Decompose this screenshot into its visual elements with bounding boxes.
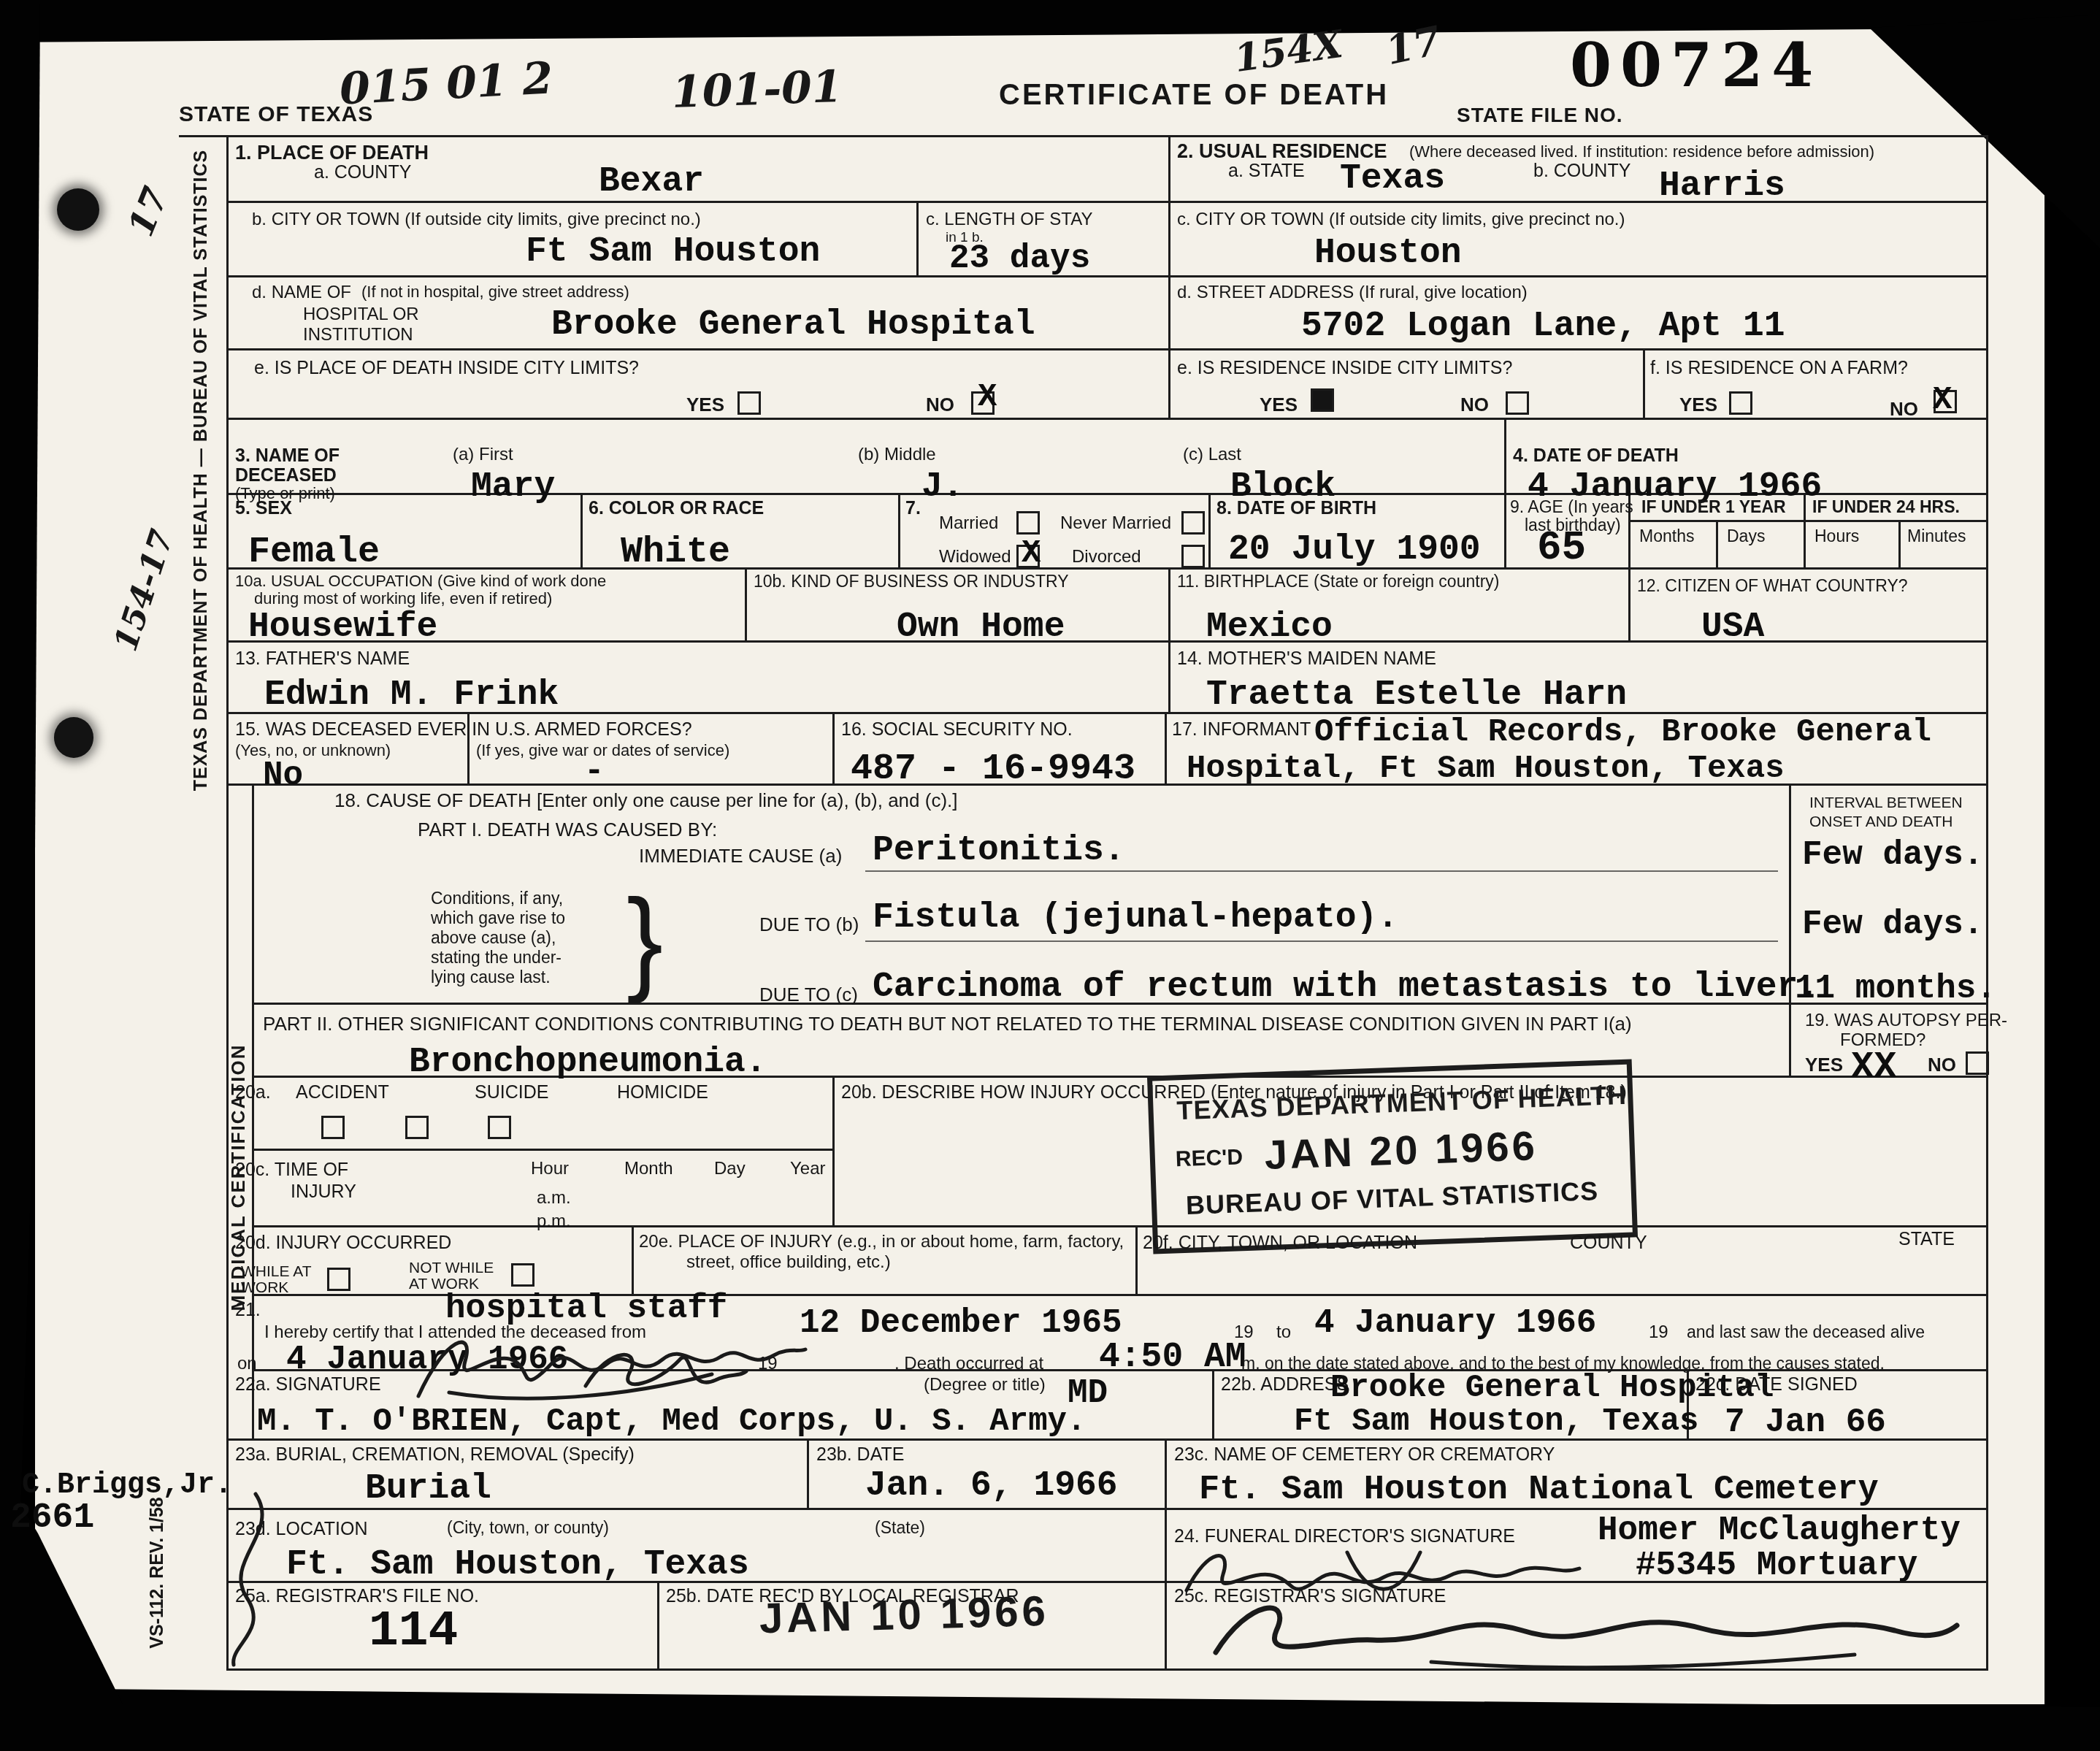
field-18-due-c-label: DUE TO (c) bbox=[759, 984, 858, 1005]
divider bbox=[916, 201, 919, 275]
field-18-part1: PART I. DEATH WAS CAUSED BY: bbox=[418, 819, 717, 840]
field-5-value: Female bbox=[248, 532, 380, 573]
received-stamp-line1: TEXAS DEPARTMENT OF HEALTH bbox=[1176, 1081, 1628, 1126]
field-3-label2: DECEASED bbox=[235, 465, 337, 486]
field-20d-label: 20d. INJURY OCCURRED bbox=[235, 1233, 451, 1253]
divider bbox=[1504, 493, 1506, 567]
field-1d-value: Brooke General Hospital bbox=[551, 305, 1035, 345]
header-hand-numbers-2: 101-01 bbox=[671, 61, 843, 118]
cause-b-line bbox=[865, 940, 1778, 942]
field-21-label: 21. bbox=[235, 1300, 261, 1320]
field-22c-value: 7 Jan 66 bbox=[1725, 1403, 1886, 1441]
state-file-number: 00724 bbox=[1570, 31, 1822, 101]
field-20c-pm: p.m. bbox=[537, 1212, 571, 1232]
field-21-death-at: . Death occurred at bbox=[894, 1355, 1043, 1374]
field-20c-label1: 20c. TIME OF bbox=[235, 1160, 348, 1180]
divider bbox=[1165, 712, 1167, 783]
field-7-widowed-label: Widowed bbox=[939, 548, 1011, 567]
field-10a-value: Housewife bbox=[248, 608, 437, 647]
field-2e-no-checkbox bbox=[1506, 391, 1529, 415]
field-15-sub1: (Yes, no, or unknown) bbox=[235, 742, 391, 760]
received-stamp: TEXAS DEPARTMENT OF HEALTH REC'D JAN 20 … bbox=[1147, 1059, 1638, 1254]
field-14-value: Traetta Estelle Harn bbox=[1206, 675, 1627, 715]
field-23a-value: Burial bbox=[365, 1469, 491, 1509]
field-23b-value: Jan. 6, 1966 bbox=[865, 1466, 1118, 1506]
margin-department-text: TEXAS DEPARTMENT OF HEALTH — BUREAU OF V… bbox=[191, 131, 211, 810]
field-19-label1: 19. WAS AUTOPSY PER- bbox=[1805, 1011, 2007, 1031]
margin-2661-text: 2661 bbox=[10, 1498, 94, 1538]
field-20c-year: Year bbox=[790, 1160, 826, 1179]
field-2c-value: Houston bbox=[1314, 234, 1462, 273]
field-20a-accident-checkbox bbox=[321, 1116, 345, 1139]
field-2f-yes-checkbox bbox=[1729, 391, 1752, 415]
divider bbox=[1212, 1369, 1214, 1438]
divider bbox=[1789, 783, 1791, 1076]
x-mark: X bbox=[978, 379, 997, 415]
field-1e-no-label: NO bbox=[926, 394, 954, 415]
field-19-yes-mark: XX bbox=[1851, 1046, 1896, 1089]
conditions-brace: } bbox=[626, 875, 663, 1003]
field-1b-value: Ft Sam Houston bbox=[526, 232, 820, 272]
field-7-divorced-checkbox bbox=[1181, 545, 1205, 568]
field-1e-label: e. IS PLACE OF DEATH INSIDE CITY LIMITS? bbox=[254, 358, 639, 378]
divider bbox=[1504, 418, 1506, 493]
field-20a-suicide-checkbox bbox=[405, 1116, 429, 1139]
field-9-value: 65 bbox=[1537, 524, 1586, 571]
field-19-no-label: NO bbox=[1928, 1054, 1956, 1076]
certificate-title: CERTIFICATE OF DEATH bbox=[999, 79, 1389, 112]
field-12-value: USA bbox=[1701, 608, 1764, 647]
divider bbox=[807, 1438, 809, 1508]
field-20d-while2: WORK bbox=[241, 1279, 288, 1297]
field-20d-not-checkbox bbox=[511, 1263, 534, 1287]
field-2f-label: f. IS RESIDENCE ON A FARM? bbox=[1650, 358, 1908, 378]
divider bbox=[1168, 135, 1170, 418]
field-2f-yes-label: YES bbox=[1679, 394, 1717, 415]
divider bbox=[832, 1076, 835, 1225]
field-23c-value: Ft. Sam Houston National Cemetery bbox=[1199, 1471, 1879, 1509]
field-2e-no-label: NO bbox=[1460, 394, 1489, 415]
interval-header1: INTERVAL BETWEEN bbox=[1809, 794, 1963, 812]
field-18-part2-label: PART II. OTHER SIGNIFICANT CONDITIONS CO… bbox=[263, 1014, 1632, 1035]
field-20a-label: 20a. bbox=[235, 1082, 271, 1103]
field-1b-label: b. CITY OR TOWN (If outside city limits,… bbox=[252, 210, 701, 230]
divider bbox=[898, 493, 900, 567]
field-20c-month: Month bbox=[624, 1160, 673, 1179]
interval-b-value: Few days. bbox=[1802, 905, 1983, 943]
section2-title-sub: (Where deceased lived. If institution: r… bbox=[1409, 143, 1874, 161]
field-20d-not1: NOT WHILE bbox=[409, 1260, 494, 1277]
field-13-label: 13. FATHER'S NAME bbox=[235, 648, 410, 669]
field-8-label: 8. DATE OF BIRTH bbox=[1216, 498, 1376, 518]
field-23d-sub2: (State) bbox=[875, 1519, 925, 1538]
punch-hole bbox=[54, 717, 93, 758]
field-10a-label1: 10a. USUAL OCCUPATION (Give kind of work… bbox=[235, 572, 606, 591]
field-18-immediate-label: IMMEDIATE CAUSE (a) bbox=[639, 846, 842, 867]
divider bbox=[226, 418, 1986, 420]
field-9-under24-label: IF UNDER 24 HRS. bbox=[1812, 498, 1960, 517]
state-file-label: STATE FILE NO. bbox=[1457, 104, 1623, 126]
field-10a-label2: during most of working life, even if ret… bbox=[254, 590, 552, 608]
field-23b-label: 23b. DATE bbox=[816, 1444, 904, 1465]
field-7-never-checkbox bbox=[1181, 511, 1205, 535]
field-22a-typed: M. T. O'BRIEN, Capt, Med Corps, U. S. Ar… bbox=[257, 1403, 1086, 1440]
field-10b-value: Own Home bbox=[897, 608, 1065, 647]
field-1a-value: Bexar bbox=[599, 162, 704, 202]
field-18-cond5: lying cause last. bbox=[431, 968, 551, 987]
field-18-cond4: stating the under- bbox=[431, 949, 562, 968]
field-18-due-b-label: DUE TO (b) bbox=[759, 914, 859, 935]
field-14-label: 14. MOTHER'S MAIDEN NAME bbox=[1177, 648, 1436, 669]
field-16-label: 16. SOCIAL SECURITY NO. bbox=[841, 719, 1073, 740]
field-3-last-label: (c) Last bbox=[1183, 445, 1241, 465]
field-9-under1-label: IF UNDER 1 YEAR bbox=[1641, 498, 1786, 517]
form-border-right bbox=[1986, 135, 1988, 1668]
field-16-value: 487 - 16-9943 bbox=[851, 748, 1135, 790]
field-23a-label: 23a. BURIAL, CREMATION, REMOVAL (Specify… bbox=[235, 1444, 635, 1465]
medical-strip-line bbox=[252, 783, 254, 1438]
field-22a-deg-label: (Degree or title) bbox=[924, 1376, 1046, 1395]
field-2d-label: d. STREET ADDRESS (If rural, give locati… bbox=[1177, 283, 1528, 303]
field-18-cond3: above cause (a), bbox=[431, 929, 556, 948]
field-7-never-label: Never Married bbox=[1060, 514, 1171, 534]
field-20c-day: Day bbox=[714, 1160, 746, 1179]
divider bbox=[252, 1225, 1986, 1227]
field-2e-yes-label: YES bbox=[1260, 394, 1298, 415]
local-registrar-date-stamp: JAN 10 1966 bbox=[759, 1588, 1049, 1643]
field-8-value: 20 July 1900 bbox=[1228, 530, 1481, 570]
margin-briggs-text: C.Briggs,Jr. bbox=[22, 1469, 232, 1502]
divider bbox=[1168, 567, 1170, 712]
field-6-value: White bbox=[621, 532, 730, 573]
field-20e-label1: 20e. PLACE OF INJURY (e.g., in or about … bbox=[639, 1233, 1124, 1252]
field-20c-label2: INJURY bbox=[291, 1181, 356, 1202]
field-2e-label: e. IS RESIDENCE INSIDE CITY LIMITS? bbox=[1177, 358, 1512, 378]
form-border-top bbox=[179, 135, 1986, 137]
field-22a-label: 22a. SIGNATURE bbox=[235, 1374, 381, 1395]
field-3-first-label: (a) First bbox=[453, 445, 513, 465]
field-17-label: 17. INFORMANT bbox=[1172, 719, 1311, 740]
divider bbox=[252, 1149, 832, 1151]
divider bbox=[226, 275, 1986, 277]
field-24-typed1: Homer McClaugherty bbox=[1598, 1511, 1961, 1549]
divider bbox=[1165, 1438, 1167, 1668]
field-9-days-label: Days bbox=[1727, 527, 1765, 546]
field-20e-label2: street, office building, etc.) bbox=[686, 1253, 891, 1273]
divider bbox=[657, 1581, 659, 1668]
field-1a-label: a. COUNTY bbox=[314, 162, 411, 183]
field-20d-while1: WHILE AT bbox=[241, 1263, 311, 1281]
margin-pen-squiggle bbox=[212, 1488, 277, 1671]
field-18-cond2: which gave rise to bbox=[431, 909, 565, 928]
field-18-due-b-value: Fistula (jejunal-hepato). bbox=[873, 898, 1398, 938]
divider bbox=[580, 493, 583, 567]
field-2d-value: 5702 Logan Lane, Apt 11 bbox=[1301, 307, 1785, 346]
divider bbox=[1643, 348, 1645, 418]
field-18-immediate-value: Peritonitis. bbox=[873, 831, 1125, 870]
field-3-middle-label: (b) Middle bbox=[858, 445, 936, 465]
divider bbox=[632, 1225, 634, 1294]
interval-a-value: Few days. bbox=[1802, 836, 1983, 874]
received-stamp-line3: BUREAU OF VITAL STATISTICS bbox=[1185, 1176, 1598, 1220]
field-7-married-label: Married bbox=[939, 514, 998, 534]
field-2c-label: c. CITY OR TOWN (If outside city limits,… bbox=[1177, 210, 1625, 230]
field-3-label1: 3. NAME OF bbox=[235, 445, 340, 466]
field-25a-value: 114 bbox=[369, 1604, 458, 1660]
divider bbox=[1716, 520, 1718, 567]
field-20c-am: a.m. bbox=[537, 1189, 571, 1208]
field-1d-label2: HOSPITAL OR bbox=[303, 305, 419, 325]
punch-hole bbox=[57, 188, 99, 231]
field-20d-while-checkbox bbox=[327, 1268, 350, 1291]
field-7-married-checkbox bbox=[1016, 511, 1040, 535]
field-3-middle-value: J. bbox=[921, 467, 964, 507]
field-1d-label1: d. NAME OF bbox=[252, 283, 351, 303]
divider bbox=[832, 712, 835, 783]
field-20f-county: COUNTY bbox=[1570, 1233, 1647, 1253]
field-17-value2: Hospital, Ft Sam Houston, Texas bbox=[1187, 751, 1785, 787]
field-21-time: 4:50 AM bbox=[1099, 1338, 1246, 1377]
field-19-no-checkbox bbox=[1966, 1051, 1989, 1075]
received-stamp-date: JAN 20 1966 bbox=[1264, 1123, 1538, 1179]
field-24-typed2: #5345 Mortuary bbox=[1636, 1547, 1917, 1585]
interval-header2: ONSET AND DEATH bbox=[1809, 813, 1953, 831]
field-11-label: 11. BIRTHPLACE (State or foreign country… bbox=[1177, 572, 1499, 591]
field-10b-label: 10b. KIND OF BUSINESS OR INDUSTRY bbox=[754, 572, 1069, 591]
field-20c-hour: Hour bbox=[531, 1160, 569, 1179]
margin-form-code-text: VS-112. REV. 1/58 bbox=[147, 1474, 167, 1671]
divider bbox=[1135, 1225, 1138, 1294]
x-mark: X bbox=[1022, 535, 1041, 572]
divider bbox=[745, 567, 747, 640]
field-20a-homicide: HOMICIDE bbox=[617, 1082, 708, 1103]
field-18-due-c-value: Carcinoma of rectum with metastasis to l… bbox=[873, 968, 1819, 1007]
field-2f-no-checkbox: X bbox=[1934, 390, 1957, 413]
field-23d-sub1: (City, town, or county) bbox=[447, 1519, 609, 1538]
field-22b-label: 22b. ADDRESS bbox=[1221, 1374, 1349, 1395]
field-21-19b: 19 bbox=[1649, 1323, 1668, 1343]
field-1c-label: c. LENGTH OF STAY bbox=[926, 210, 1092, 230]
field-7-divorced-label: Divorced bbox=[1072, 548, 1141, 567]
registrar-signature bbox=[1197, 1590, 1971, 1671]
field-17-value1: Official Records, Brooke General bbox=[1314, 714, 1931, 751]
field-21-date-to: 4 January 1966 bbox=[1314, 1304, 1596, 1342]
divider bbox=[226, 348, 1986, 350]
field-2e-yes-checkbox bbox=[1311, 388, 1334, 412]
field-20a-accident: ACCIDENT bbox=[296, 1082, 389, 1103]
field-23d-value: Ft. Sam Houston, Texas bbox=[286, 1545, 749, 1585]
field-5-label: 5. SEX bbox=[235, 498, 292, 518]
field-21-on: on bbox=[237, 1355, 257, 1374]
field-1e-yes-label: YES bbox=[686, 394, 724, 415]
field-1e-no-checkbox: X bbox=[971, 391, 995, 415]
field-23c-label: 23c. NAME OF CEMETERY OR CREMATORY bbox=[1174, 1444, 1555, 1465]
field-21-to: to bbox=[1276, 1323, 1291, 1343]
field-9-minutes-label: Minutes bbox=[1907, 527, 1966, 546]
cause-a-line bbox=[865, 870, 1778, 872]
received-stamp-recd: REC'D bbox=[1175, 1145, 1243, 1172]
x-mark: X bbox=[1933, 382, 1952, 418]
field-1d-label3: INSTITUTION bbox=[303, 326, 413, 345]
field-21-tail1: and last saw the deceased alive bbox=[1687, 1323, 1925, 1342]
field-15-label: 15. WAS DECEASED EVER IN U.S. ARMED FORC… bbox=[235, 719, 692, 740]
field-6-label: 6. COLOR OR RACE bbox=[589, 498, 764, 518]
field-20f-label: 20f. CITY, TOWN, OR LOCATION bbox=[1143, 1233, 1417, 1253]
field-1d-sub: (If not in hospital, give street address… bbox=[361, 283, 629, 302]
field-7-label: 7. bbox=[905, 498, 921, 518]
field-20f-state: STATE bbox=[1898, 1229, 1955, 1249]
field-18-cond1: Conditions, if any, bbox=[431, 889, 563, 908]
divider bbox=[1208, 493, 1211, 567]
field-9-months-label: Months bbox=[1639, 527, 1694, 546]
field-19-yes-label: YES bbox=[1805, 1054, 1843, 1076]
field-15-value1: No bbox=[263, 756, 303, 794]
field-3-first-value: Mary bbox=[471, 467, 555, 507]
interval-c-value: 11 months. bbox=[1795, 970, 1996, 1008]
field-9-hours-label: Hours bbox=[1814, 527, 1859, 546]
field-13-value: Edwin M. Frink bbox=[264, 675, 559, 715]
field-23d-label: 23d. LOCATION bbox=[235, 1519, 368, 1539]
field-22b-value2: Ft Sam Houston, Texas bbox=[1294, 1403, 1699, 1440]
field-9-label1: 9. AGE (In years bbox=[1510, 498, 1633, 517]
divider bbox=[1628, 520, 1986, 522]
field-2a-value: Texas bbox=[1340, 159, 1445, 199]
field-1c-value: 23 days bbox=[949, 240, 1090, 277]
field-2b-value: Harris bbox=[1659, 166, 1785, 206]
field-15-value2: - bbox=[584, 752, 605, 790]
field-7-widowed-checkbox: X bbox=[1016, 545, 1040, 568]
field-2a-label: a. STATE bbox=[1228, 161, 1305, 181]
divider bbox=[226, 567, 1986, 570]
field-18-part2-value: Bronchopneumonia. bbox=[409, 1043, 767, 1082]
field-4-label: 4. DATE OF DEATH bbox=[1513, 445, 1679, 466]
field-20a-homicide-checkbox bbox=[488, 1116, 511, 1139]
field-1e-yes-checkbox bbox=[737, 391, 761, 415]
field-12-label: 12. CITIZEN OF WHAT COUNTRY? bbox=[1637, 577, 1908, 596]
field-11-value: Mexico bbox=[1206, 608, 1333, 647]
field-2b-label: b. COUNTY bbox=[1533, 161, 1630, 181]
field-18-title: 18. CAUSE OF DEATH [Enter only one cause… bbox=[334, 790, 958, 811]
field-2f-no-label: NO bbox=[1890, 399, 1918, 420]
divider bbox=[1898, 520, 1901, 567]
section1-title: 1. PLACE OF DEATH bbox=[235, 142, 429, 164]
field-21-date-from: 12 December 1965 bbox=[800, 1304, 1122, 1342]
field-20a-suicide: SUICIDE bbox=[475, 1082, 548, 1103]
field-22c-label: 22c. DATE SIGNED bbox=[1695, 1374, 1858, 1395]
